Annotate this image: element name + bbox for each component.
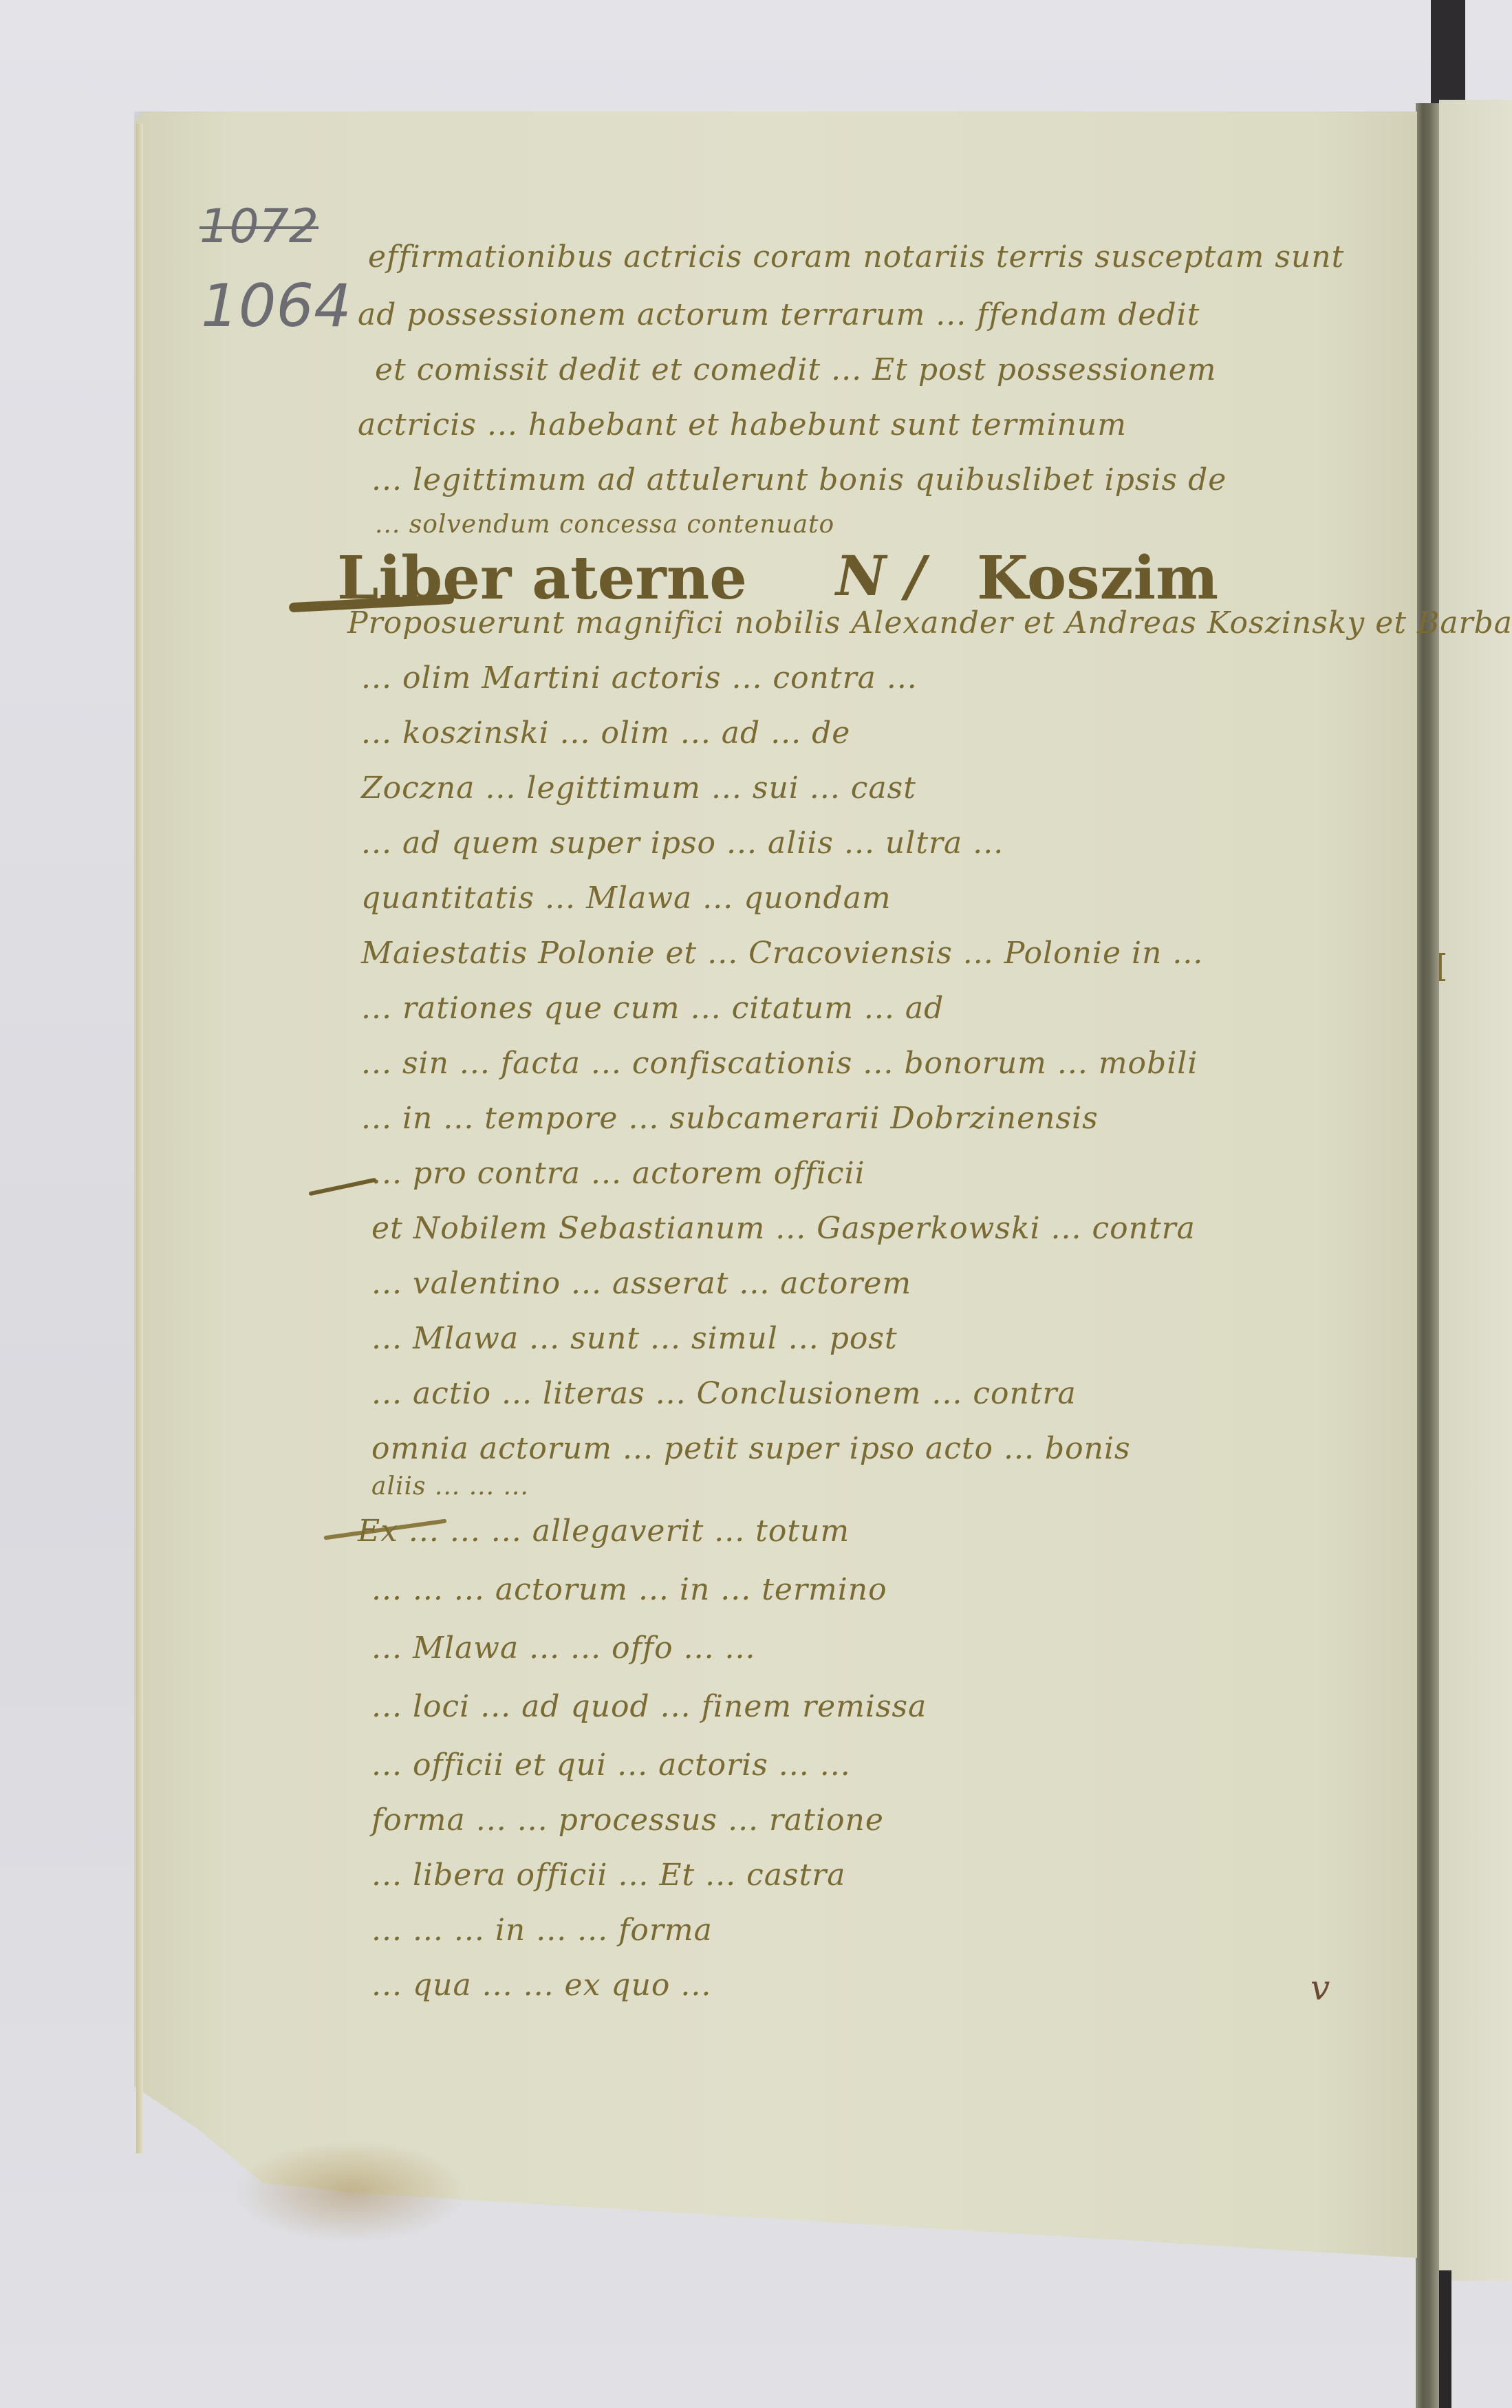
header-line-5: ... legittimum ad attulerunt bonis quibu… <box>371 462 1227 497</box>
folio-number-old: 1072 <box>199 200 318 254</box>
body1-line-10: ... in ... tempore ... subcamerarii Dobr… <box>361 1101 1099 1136</box>
body3-line-9: ... qua ... ... ex quo ... <box>371 1968 711 2003</box>
body1-line-8: ... rationes que cum ... citatum ... ad <box>361 991 944 1026</box>
binding-strip <box>1431 0 1465 103</box>
body1-line-1: Proposuerunt magnifici nobilis Alexander… <box>347 605 1512 641</box>
binding-strip-lower <box>1439 2270 1451 2408</box>
body3-line-6: forma ... ... processus ... ratione <box>371 1803 884 1838</box>
header-line-2: ad possessionem actorum terrarum ... ffe… <box>358 297 1200 332</box>
body2-line-2: ... valentino ... asserat ... actorem <box>371 1266 911 1301</box>
body1-line-3: ... koszinski ... olim ... ad ... de <box>361 716 850 751</box>
body1-line-11: ... pro contra ... actorem officii <box>371 1156 865 1191</box>
body2-line-1: et Nobilem Sebastianum ... Gasperkowski … <box>371 1211 1196 1246</box>
header-line-3: et comissit dedit et comedit ... Et post… <box>375 352 1216 387</box>
body1-line-6: quantitatis ... Mlawa ... quondam <box>361 881 892 916</box>
header-line-1: effirmationibus actricis coram notariis … <box>368 239 1344 275</box>
gutter <box>1416 103 1439 2408</box>
body2-line-5: omnia actorum ... petit super ipso acto … <box>371 1431 1131 1466</box>
closing-mark: v <box>1310 1968 1330 2008</box>
body3-line-5: ... officii et qui ... actoris ... ... <box>371 1748 851 1783</box>
body2-line-3: ... Mlawa ... sunt ... simul ... post <box>371 1321 898 1356</box>
body1-line-5: ... ad quem super ipso ... aliis ... ult… <box>361 826 1004 861</box>
folio-number-new: 1064 <box>201 272 352 341</box>
body2-line-4: ... actio ... literas ... Conclusionem .… <box>371 1376 1077 1411</box>
body3-line-8: ... ... ... in ... ... forma <box>371 1913 713 1948</box>
body3-line-1: Ex ... ... ... allegaverit ... totum <box>358 1514 850 1549</box>
body1-line-9: ... sin ... facta ... confiscationis ...… <box>361 1046 1198 1081</box>
header-line-4: actricis ... habebant et habebunt sunt t… <box>358 407 1127 442</box>
water-stain <box>234 2140 468 2243</box>
body3-line-4: ... loci ... ad quod ... finem remissa <box>371 1689 927 1724</box>
facing-page: I <box>1439 100 1512 2281</box>
entry-heading-mark: N / <box>836 544 925 608</box>
body2-line-6: aliis ... ... ... <box>371 1472 529 1501</box>
body3-line-3: ... Mlawa ... ... offo ... ... <box>371 1631 756 1666</box>
body1-line-2: ... olim Martini actoris ... contra ... <box>361 660 918 696</box>
body3-line-7: ... libera officii ... Et ... castra <box>371 1858 846 1893</box>
header-line-6: ... solvendum concessa contenuato <box>375 510 834 539</box>
body3-line-2: ... ... ... actorum ... in ... termino <box>371 1572 887 1607</box>
entry-heading-name: Koszim <box>977 544 1218 613</box>
page-edge <box>136 124 143 2153</box>
body1-line-4: Zoczna ... legittimum ... sui ... cast <box>361 771 916 806</box>
body1-line-7: Maiestatis Polonie et ... Cracoviensis .… <box>361 936 1203 971</box>
